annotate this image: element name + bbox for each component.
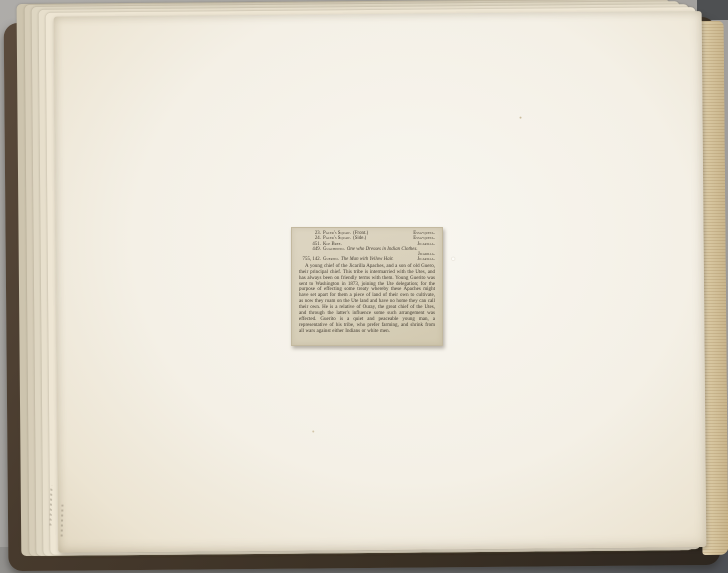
paper-speck — [520, 117, 522, 119]
entry-detail: One who Dresses in Indian Clothes. — [347, 247, 418, 252]
entry-tribe: Jicarilla. — [414, 257, 435, 262]
paper-speck — [452, 257, 455, 260]
photograph-of-album-page: 23. Pacer's Squaw. (Front.) Essa-queta. … — [0, 0, 728, 573]
pencil-inscription — [61, 505, 64, 537]
entry-number: 755, 142. — [299, 257, 323, 262]
entry-name: Guachinito. — [323, 247, 345, 252]
paper-speck — [312, 430, 314, 432]
entry-detail: The Man with Yellow Hair. — [341, 257, 394, 262]
entry-number: 449. — [299, 247, 323, 252]
entry-name: Guerito. — [323, 257, 339, 262]
entry-detail: (Side.) — [353, 236, 366, 241]
catalogue-entry: 755, 142. Guerito. The Man with Yellow H… — [299, 257, 435, 262]
clipping-paragraph: A young chief of the Jicarilla Apaches, … — [299, 264, 435, 335]
catalogue-clipping: 23. Pacer's Squaw. (Front.) Essa-queta. … — [291, 227, 443, 346]
